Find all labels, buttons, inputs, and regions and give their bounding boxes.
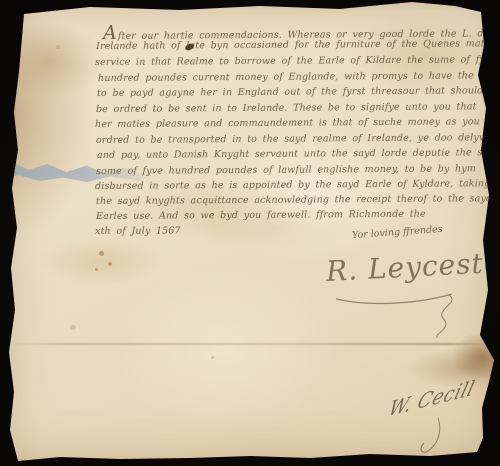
manuscript-line: Earles use. And so we byd you farewell. …	[96, 209, 426, 222]
manuscript-line: her maties pleasure and commaundement is…	[95, 116, 500, 130]
manuscript-line: hundred poundes current money of England…	[98, 70, 500, 84]
manuscript-line: to be payd agayne her in England out of …	[97, 85, 489, 99]
manuscript-line: disbursed in sorte as he is appointed by…	[95, 178, 490, 192]
manuscript-line: some of fyve hundred poundes of lawfull …	[96, 163, 476, 177]
manuscript-line: the sayd knyghts acquittance acknowledgi…	[96, 193, 492, 207]
manuscript-line: and pay, unto Danish Knyght servaunt unt…	[97, 147, 500, 161]
manuscript-line: be ordred to be sent in to Irelande. The…	[96, 101, 477, 115]
date-line: xth of July 1567	[95, 225, 181, 237]
photo-background: After our hartie commendacions. Whereas …	[0, 0, 500, 466]
manuscript-page: After our hartie commendacions. Whereas …	[0, 0, 500, 466]
manuscript-line: ordred to be transported in to the sayd …	[96, 132, 495, 146]
manuscript-line: service in that Realme to borrowe of the…	[95, 54, 496, 68]
manuscript-line: Irelande hath of late byn occasioned for…	[96, 38, 499, 52]
